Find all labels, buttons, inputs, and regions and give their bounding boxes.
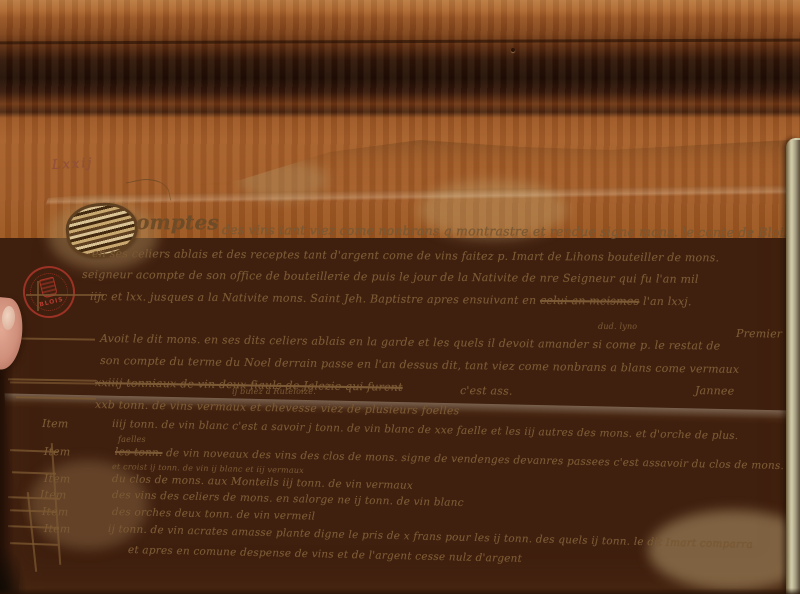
interline-note: ij buiez a Ruteloize.: [232, 387, 316, 396]
right-edge-shadow: [792, 140, 800, 598]
margin-note: Premier: [736, 327, 782, 340]
heading-word: omptes: [136, 210, 219, 234]
struck-segment: les tonn.: [115, 446, 163, 459]
interline-note: dud. lyno: [598, 322, 637, 331]
text-line: des vins tant viez come nonbrans q montr…: [222, 222, 800, 240]
margin-note: Jannee: [695, 384, 735, 398]
item-subnote: faelles: [118, 435, 146, 444]
item-label: Item: [42, 417, 69, 430]
nail-dot: [511, 48, 515, 52]
text-note: c'est ass.: [460, 384, 513, 398]
folio-number: Lxxij: [52, 156, 94, 173]
margin-cross: [37, 281, 39, 311]
struck-segment: celui an meismes: [540, 294, 639, 308]
item-label: Item: [44, 472, 71, 486]
bottom-white-border: [0, 594, 800, 598]
text-segment: l'an lxxj.: [643, 295, 692, 308]
